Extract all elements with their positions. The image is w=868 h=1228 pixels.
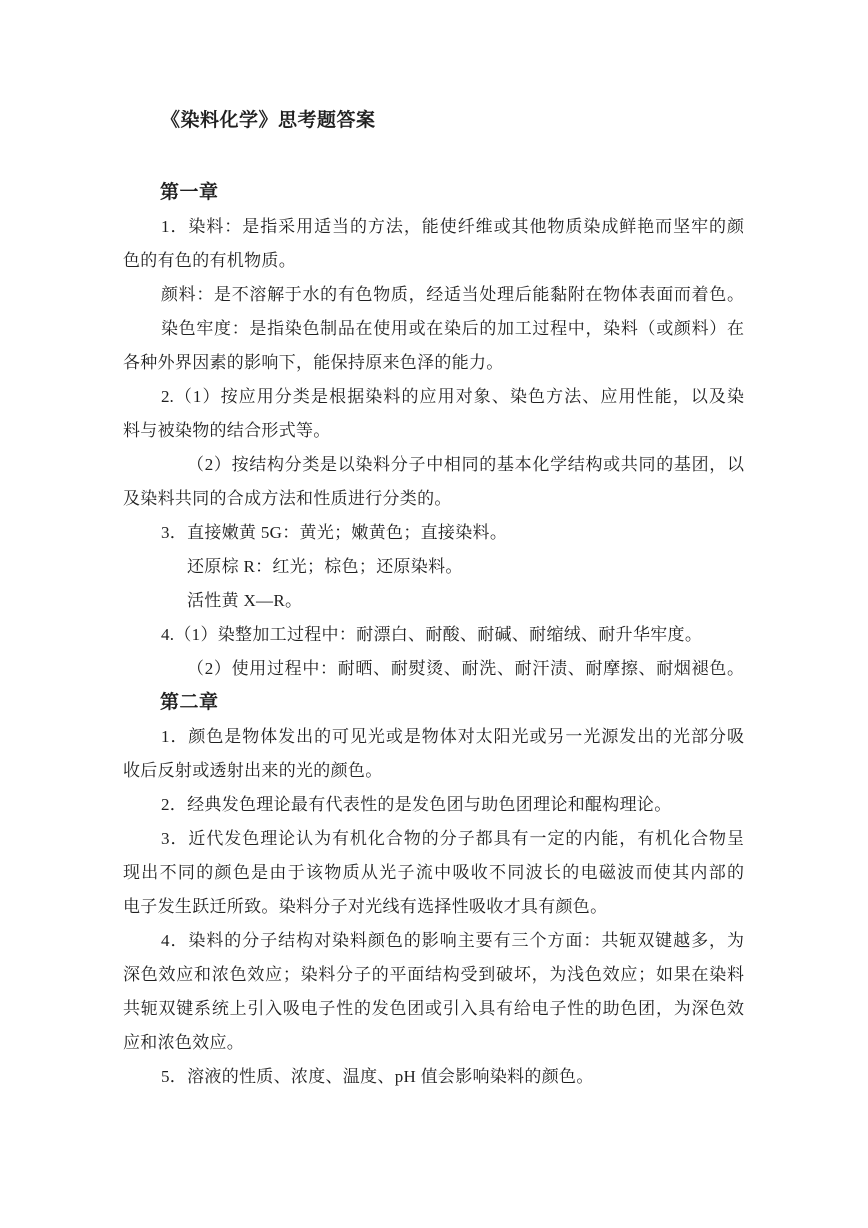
- chapter-heading: 第二章: [123, 686, 744, 720]
- chapter-heading: 第一章: [123, 176, 744, 210]
- text-line: （2）按结构分类是以染料分子中相同的基本化学结构或共同的基团，以: [123, 448, 744, 482]
- text-line: 颜料：是不溶解于水的有色物质，经适当处理后能黏附在物体表面而着色。: [123, 278, 744, 312]
- text-line: 还原棕 R：红光；棕色；还原染料。: [123, 550, 744, 584]
- text-line: 2．经典发色理论最有代表性的是发色团与助色团理论和醌构理论。: [123, 788, 744, 822]
- text-line: 4.（1）染整加工过程中：耐漂白、耐酸、耐碱、耐缩绒、耐升华牢度。: [123, 618, 744, 652]
- text-line: 2.（1）按应用分类是根据染料的应用对象、染色方法、应用性能，以及染: [123, 380, 744, 414]
- text-line: 4．染料的分子结构对染料颜色的影响主要有三个方面：共轭双键越多，为: [123, 924, 744, 958]
- text-line: 1．染料：是指采用适当的方法，能使纤维或其他物质染成鲜艳而坚牢的颜: [123, 210, 744, 244]
- text-line: 3．近代发色理论认为有机化合物的分子都具有一定的内能，有机化合物呈: [123, 822, 744, 856]
- text-line: 深色效应和浓色效应；染料分子的平面结构受到破坏，为浅色效应；如果在染料: [123, 958, 744, 992]
- text-line: 应和浓色效应。: [123, 1026, 744, 1060]
- text-line: 电子发生跃迁所致。染料分子对光线有选择性吸收才具有颜色。: [123, 890, 744, 924]
- document-page: 《染料化学》思考题答案 第一章1．染料：是指采用适当的方法，能使纤维或其他物质染…: [0, 0, 868, 1228]
- text-line: 染色牢度：是指染色制品在使用或在染后的加工过程中，染料（或颜料）在: [123, 312, 744, 346]
- text-line: 3．直接嫩黄 5G：黄光；嫩黄色；直接染料。: [123, 516, 744, 550]
- text-line: 5．溶液的性质、浓度、温度、pH 值会影响染料的颜色。: [123, 1060, 744, 1094]
- title-spacer: [123, 138, 744, 176]
- text-line: 料与被染物的结合形式等。: [123, 414, 744, 448]
- text-line: 各种外界因素的影响下，能保持原来色泽的能力。: [123, 346, 744, 380]
- text-line: 收后反射或透射出来的光的颜色。: [123, 754, 744, 788]
- text-line: 1．颜色是物体发出的可见光或是物体对太阳光或另一光源发出的光部分吸: [123, 720, 744, 754]
- document-title: 《染料化学》思考题答案: [123, 104, 744, 138]
- document-content: 《染料化学》思考题答案 第一章1．染料：是指采用适当的方法，能使纤维或其他物质染…: [123, 104, 744, 1094]
- text-line: 现出不同的颜色是由于该物质从光子流中吸收不同波长的电磁波而使其内部的: [123, 856, 744, 890]
- text-line: 色的有色的有机物质。: [123, 244, 744, 278]
- document-body: 第一章1．染料：是指采用适当的方法，能使纤维或其他物质染成鲜艳而坚牢的颜色的有色…: [123, 176, 744, 1094]
- text-line: 活性黄 X—R。: [123, 584, 744, 618]
- text-line: 共轭双键系统上引入吸电子性的发色团或引入具有给电子性的助色团，为深色效: [123, 992, 744, 1026]
- text-line: 及染料共同的合成方法和性质进行分类的。: [123, 482, 744, 516]
- text-line: （2）使用过程中：耐晒、耐熨烫、耐洗、耐汗渍、耐摩擦、耐烟褪色。: [123, 652, 744, 686]
